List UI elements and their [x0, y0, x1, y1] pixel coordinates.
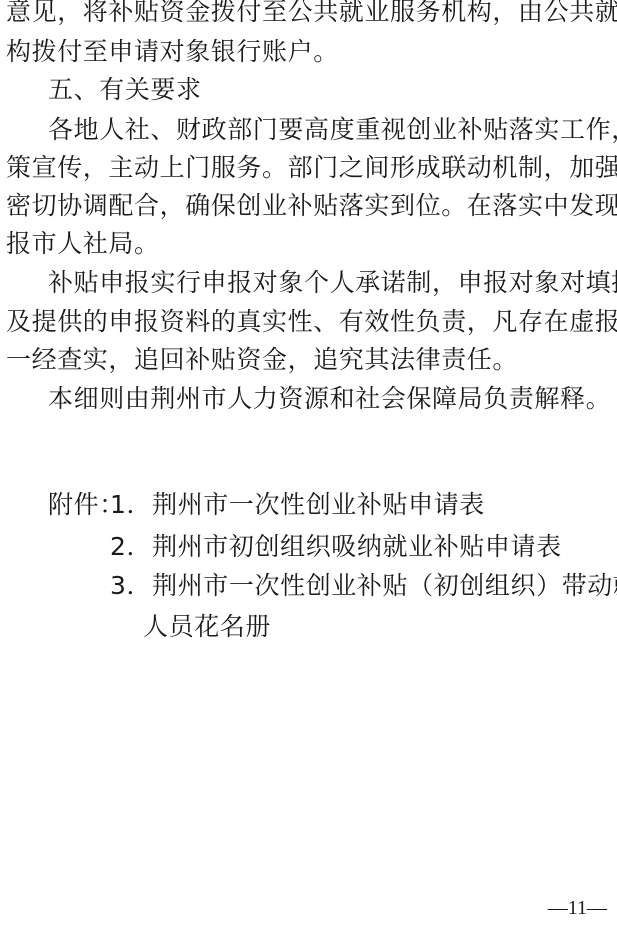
attachment-title: 荆州市一次性创业补贴申请表	[152, 490, 485, 519]
attachment-number: 3．	[110, 571, 152, 600]
paragraph-line: 意见，将补贴资金拨付至公共就业服务机构，由公共就业服务机	[6, 0, 612, 27]
attachment-item-3: 3．荆州市一次性创业补贴（初创组织）带动就业	[110, 571, 617, 601]
attachment-title: 荆州市初创组织吸纳就业补贴申请表	[152, 532, 562, 561]
attachment-item-3-continuation: 人员花名册	[143, 612, 271, 642]
paragraph-interpretation: 本细则由荆州市人力资源和社会保障局负责解释。	[48, 384, 611, 414]
section-heading: 五、有关要求	[48, 75, 202, 105]
document-page: 意见，将补贴资金拨付至公共就业服务机构，由公共就业服务机 构拨付至申请对象银行账…	[0, 0, 617, 926]
paragraph-line: 一经查实，追回补贴资金，追究其法律责任。	[6, 345, 612, 375]
paragraph-line: 策宣传，主动上门服务。部门之间形成联动机制，加强沟通联系，	[6, 153, 612, 183]
paragraph-line: 各地人社、财政部门要高度重视创业补贴落实工作，加强政	[48, 115, 612, 145]
attachment-item-1: 1．荆州市一次性创业补贴申请表	[110, 490, 485, 520]
attachment-number: 1．	[110, 490, 152, 519]
attachment-title: 荆州市一次性创业补贴（初创组织）带动就业	[152, 571, 617, 600]
paragraph-line: 补贴申报实行申报对象个人承诺制，申报对象对填报的信息	[48, 268, 612, 298]
attachment-number: 2．	[110, 532, 152, 561]
paragraph-line: 密切协调配合，确保创业补贴落实到位。在落实中发现问题及时	[6, 191, 612, 221]
paragraph-line: 构拨付至申请对象银行账户。	[6, 37, 612, 67]
page-number: —11—	[548, 896, 607, 920]
attachment-item-2: 2．荆州市初创组织吸纳就业补贴申请表	[110, 532, 562, 562]
paragraph-line: 及提供的申报资料的真实性、有效性负责，凡存在虚报冒领的，	[6, 307, 612, 337]
paragraph-line: 报市人社局。	[6, 229, 612, 259]
